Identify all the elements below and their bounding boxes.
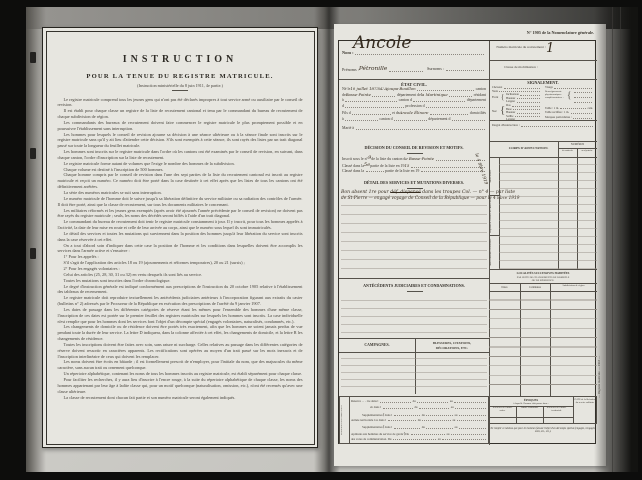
label: Né le [342, 87, 350, 91]
instruction-body: Le registre matricule comprend tous les … [58, 97, 303, 401]
label: résidant [474, 93, 486, 97]
decision-section: DÉCISION DU CONSEIL DE REVISION ET MOTIF… [339, 145, 489, 177]
dotted-rule [571, 112, 592, 114]
ruled-lines [341, 188, 487, 272]
numeros-header: NUMÉROS [558, 143, 597, 146]
instruction-paragraph: Les commandants des bureaux de recruteme… [58, 120, 303, 132]
label: Du [388, 437, 392, 441]
brace-glyph: { [567, 90, 571, 100]
dotted-rule [455, 407, 485, 409]
dotted-rule [421, 170, 485, 172]
decision-title: DÉCISION DU CONSEIL DE REVISION ET MOTIF… [339, 145, 489, 150]
instruction-frame: INSTRUCTION POUR LA TENUE DU REGISTRE MA… [46, 31, 315, 445]
page-edge-line [620, 7, 621, 472]
scan-right-edge [594, 7, 638, 472]
dotted-rule [426, 427, 453, 429]
dotted-rule [383, 407, 413, 409]
canton-value: Basse-Pointe [346, 92, 371, 97]
birth-place-value: L'Ajoupa-Bouillon [381, 86, 416, 91]
instruction-paragraph: Les hommes pour lesquels le conseil de r… [58, 132, 303, 150]
instruction-paragraph: Le degré d'instruction générale est indi… [58, 284, 303, 296]
brace-glyph: { [500, 104, 505, 116]
label: à [342, 98, 344, 102]
signalement-row [572, 96, 593, 99]
ruled-lines [341, 293, 487, 335]
epoques-subtitle: à laquelle l'homme doit passer dans : [489, 402, 573, 405]
dotted-rule [394, 414, 421, 416]
dotted-rule [573, 117, 591, 119]
ruled-lines [489, 291, 597, 391]
etat-civil-section: ÉTAT CIVIL. Né le 10 juillet 1873 à L'Aj… [339, 79, 489, 145]
dotted-rule [442, 438, 485, 440]
dotted-rule [452, 119, 485, 121]
periode-row: Supplémentaires { dans l du au [362, 424, 487, 429]
dotted-rule [457, 419, 486, 421]
instruction-paragraph: Toutes les inscriptions doivent être fai… [58, 342, 303, 360]
dotted-rule [411, 166, 485, 168]
label: 1re dans l [366, 399, 378, 403]
dotted-rule [388, 419, 417, 421]
periodes-vertical-label: PÉRIODES D'EXERCICES [341, 398, 349, 442]
instruction-page: INSTRUCTION POUR LA TENUE DU REGISTRE MA… [42, 27, 318, 448]
dotted-rule [394, 119, 427, 121]
label: des voies de communication. [351, 437, 387, 441]
label: du [418, 418, 421, 422]
dotted-rule [372, 95, 395, 97]
signalement-row: Taille rectifiée : 1 m. [545, 110, 593, 114]
column-header-dates: Dates [489, 286, 520, 289]
instruction-note: (Instruction ministérielle du 8 juin 191… [58, 83, 303, 88]
page-edge-line [612, 7, 613, 472]
label: du [413, 399, 416, 403]
etat-civil-line: d profession d [342, 104, 486, 108]
section-rule [339, 278, 489, 279]
dotted-rule [430, 113, 468, 115]
education-label: Degré d'instruction : [492, 123, 520, 127]
table-top-rule [489, 269, 597, 270]
decision-line: Classé dans la partie de la liste en 19 [342, 169, 486, 173]
signalement-section: SIGNALEMENT. Cheveux Yeux Front { Inclin… [489, 79, 597, 121]
heading-rule [407, 153, 423, 154]
group-label-armee-active: Armée active. [490, 158, 499, 194]
nickname-row: Surnoms : [427, 66, 485, 71]
label: Supplémentaires [362, 413, 383, 417]
instruction-paragraph: On a tout d'abord soin d'indiquer dans c… [58, 243, 303, 255]
antecedents-section: ANTÉCÉDENTS JUDICIAIRES ET CONDAMNATIONS… [339, 278, 489, 336]
instruction-paragraph: Le commandant du bureau de recrutement d… [58, 219, 303, 231]
signalement-row [572, 101, 593, 104]
corrected-height-label: Taille rectifiée : 1 m. [545, 110, 569, 114]
name-label: Nom : [342, 50, 354, 55]
localites-title-line1: LOCALITÉS SUCCESSIVES HABITÉES [489, 271, 597, 275]
periode-row: Réserve . . . 1re dans l du au [351, 399, 487, 403]
dotted-rule [422, 419, 451, 421]
instruction-paragraph: La classe de recrutement dont chacun fai… [58, 395, 303, 401]
dotted-rule [352, 113, 390, 115]
instruction-paragraph: Il est établi pour chaque classe un regi… [58, 108, 303, 120]
dotted-rule [574, 101, 592, 103]
label: Fils d [342, 111, 351, 115]
epoques-title: ÉPOQUES [489, 398, 573, 402]
binding-mark [30, 248, 36, 259]
antecedents-title: ANTÉCÉDENTS JUDICIAIRES ET CONDAMNATIONS… [339, 283, 489, 288]
numeros-subcol1: de matricule [558, 150, 577, 152]
instruction-paragraph: Les dates de passage dans les différente… [58, 307, 303, 325]
decision-line: Classé dans la 5e partie de la liste en … [342, 162, 486, 168]
front-label: Front [492, 95, 498, 99]
instruction-paragraph: Le détail des services et toutes les mut… [58, 231, 303, 243]
binding-mark [30, 148, 36, 159]
localites-title-line3: OU DE RÉSIDENCE. [489, 279, 597, 282]
epoques-col1: la réserve de l'armée active [490, 407, 515, 412]
label: au [454, 413, 457, 417]
dotted-rule [454, 401, 485, 403]
epoques-col2: l'armée territoriale [517, 407, 542, 410]
ruled-lines [341, 352, 487, 392]
name-field-value: Ancole [353, 33, 411, 53]
dotted-rule [413, 100, 465, 102]
label: département de [397, 93, 421, 97]
label: du [414, 405, 417, 409]
localites-table: LOCALITÉS SUCCESSIVES HABITÉES PAR SUITE… [489, 269, 597, 396]
label: du [422, 425, 425, 429]
dotted-rule [560, 107, 586, 109]
firstname-row: Prénoms : Pétronille [342, 66, 424, 72]
dotted-rule [366, 170, 384, 172]
periodes-section: PÉRIODES D'EXERCICES Réserve . . . 1re d… [339, 396, 489, 444]
label: Armée territoriale [351, 418, 373, 422]
label: et de [392, 111, 399, 115]
services-section: DÉTAIL DES SERVICES ET MUTATIONS DIVERSE… [339, 180, 489, 276]
binding-mark [30, 52, 36, 63]
campagnes-section: CAMPAGNES. BLESSURES, CITATIONS, DÉCORAT… [339, 338, 489, 394]
group-label-territoriale: Armée territoriale et sa réserve. [490, 236, 499, 268]
services-handwriting: Bon absent 1re pour [341, 190, 389, 195]
column-header-communes: Communes [520, 286, 550, 289]
instruction-paragraph: Les noms doivent être écrits en bâtarde … [58, 359, 303, 371]
label: Marié à [342, 126, 354, 130]
periode-row: 2e dans l du au [370, 405, 487, 409]
signalement-row: Taille : 1 m. cent. [545, 106, 593, 110]
label: domiciliés [470, 111, 486, 115]
label: canton d [399, 98, 412, 102]
epoques-section: ÉPOQUES à laquelle l'homme doit passer d… [489, 396, 597, 442]
marks-label: Marques particulières : [545, 115, 572, 119]
dotted-rule [426, 106, 484, 108]
dotted-rule [574, 96, 592, 98]
epoques-col3: la réserve de l'armée territoriale [544, 407, 569, 412]
etat-civil-line: Fils d et de Ancole Élinore domiciliés [342, 110, 486, 115]
nez-label: Nez [492, 109, 497, 113]
instruction-paragraph: Le numéro matricule de l'homme doit le s… [58, 196, 303, 208]
matricule-number-label: Numéro matricule du recrutement : [492, 45, 550, 49]
dotted-rule [426, 414, 453, 416]
liberation-date-column: DATE de la libération du service militai… [574, 399, 596, 405]
label: dans l [385, 425, 392, 429]
label: Aptitude aux hommes du service de garde [351, 432, 403, 436]
dotted-rule [417, 89, 474, 91]
etat-civil-line: Marié à [342, 126, 486, 130]
label: au [454, 425, 457, 429]
decision-canton-value: e Basse-Pointe [405, 156, 434, 161]
dotted-rule [393, 438, 436, 440]
instruction-paragraph: Les hommes sont inscrits sur le registre… [58, 149, 303, 161]
instruction-paragraph: Chaque homme compris par le conseil de r… [58, 172, 303, 190]
label: au [447, 432, 450, 436]
matricule-number-value: 1 [546, 41, 554, 56]
dotted-rule [451, 433, 486, 435]
label: cent. [587, 106, 593, 110]
signalement-bottom-rule [489, 120, 597, 121]
instruction-paragraph: Pour faciliter les recherches, il y aura… [58, 377, 303, 395]
dotted-rule [459, 414, 486, 416]
firstname-label: Prénoms : [342, 67, 359, 72]
label: canton [476, 87, 486, 91]
dotted-rule [345, 106, 403, 108]
corps-affectation-table: CORPS D'AFFECTATION. NUMÉROS de matricul… [489, 141, 597, 269]
label: Du [405, 432, 409, 436]
mobilisation-class-label: Classe de mobilisation : [492, 65, 550, 69]
nickname-label: Surnoms : [427, 66, 444, 71]
firstname-field-value: Pétronille [359, 66, 387, 72]
label: à [342, 117, 344, 121]
matricule-form: Nom : Ancole Prénoms : Pétronille Surnom… [338, 40, 596, 444]
blessures-header-line2: DÉCORATIONS, ETC. [415, 346, 489, 350]
etat-civil-line: Né le 10 juillet 1873 à L'Ajoupa-Bouillo… [342, 86, 486, 91]
label: Inscrit sous le n° [342, 157, 368, 161]
etat-civil-line: à canton d département d [342, 117, 486, 121]
dotted-rule [574, 91, 592, 93]
vertical-label-divider [349, 397, 350, 444]
ruled-lines [499, 157, 597, 269]
etat-civil-line: à canton d département [342, 98, 486, 102]
label: Yeux [492, 89, 498, 93]
renseignements-label: Renseignements physionomiques complément… [545, 90, 566, 99]
scanned-register-spread: INSTRUCTION POUR LA TENUE DU REGISTRE MA… [0, 0, 642, 480]
label: profession d [405, 104, 424, 108]
mother-name-value: Ancole Élinore [400, 110, 429, 115]
label: Classé dans la [342, 164, 364, 168]
label: 2e dans l [370, 405, 381, 409]
dotted-rule [389, 70, 423, 72]
dotted-rule [419, 407, 449, 409]
dotted-rule [446, 69, 484, 71]
matricule-page: N° 1905 de la Nomenclature générale. Nom… [334, 24, 606, 466]
label: au [452, 418, 455, 422]
dotted-rule [380, 401, 411, 403]
services-entry-line: de St-Pierre — engagé voyage de Conseil … [341, 196, 491, 201]
signalement-row: Visage [545, 85, 593, 89]
dotted-rule [345, 100, 397, 102]
services-handwriting-struck: déf. dispensé [390, 190, 421, 195]
label: du [422, 413, 425, 417]
dotted-rule [345, 119, 378, 121]
label: partie de la liste en 19 [385, 169, 419, 173]
corps-header: CORPS D'AFFECTATION. [499, 146, 558, 150]
label: Classé dans la [342, 169, 364, 173]
dotted-rule [521, 125, 592, 127]
nomenclature-reference: N° 1905 de la Nomenclature générale. [527, 30, 594, 35]
instruction-paragraph: Le registre matricule comprend tous les … [58, 97, 303, 109]
periode-row: Aptitude aux hommes du service de garde … [351, 431, 487, 436]
dotted-rule [417, 401, 448, 403]
label: canton d [379, 117, 392, 121]
dotted-rule [459, 427, 486, 429]
instruction-paragraph: Le registre matricule doit reproduire te… [58, 295, 303, 307]
column-header-subdivisions: Subdivisions de région [550, 285, 597, 288]
departement-value: la Martinique [421, 92, 448, 97]
heading-rule [172, 90, 188, 91]
instruction-subtitle: POUR LA TENUE DU REGISTRE MATRICULE. [58, 73, 303, 80]
instruction-paragraph: Les changements de domicile ou de réside… [58, 324, 303, 342]
instruction-title: INSTRUCTION [58, 54, 303, 65]
dotted-rule [356, 128, 485, 130]
blessures-header-line1: BLESSURES, CITATIONS, [415, 341, 489, 345]
decision-line: Inscrit sous le n° 9 de la liste du cant… [342, 155, 486, 161]
heading-rule [407, 291, 423, 292]
label: au [451, 405, 454, 409]
label: Réserve . . . [351, 399, 366, 403]
annee-value: 15 [404, 163, 409, 168]
dotted-rule [411, 433, 446, 435]
label: département [467, 98, 486, 102]
services-title: DÉTAIL DES SERVICES ET MUTATIONS DIVERSE… [339, 180, 489, 185]
epoques-note: Ne remplir ce tableau que pour les homme… [489, 427, 597, 433]
label: dans l [385, 413, 392, 417]
matricule-box-divider [489, 60, 597, 61]
label: au [450, 399, 453, 403]
signalement-row: Marques particulières : [545, 115, 593, 119]
group-label-disponibilite: Disponibilité et réserve de l'armée acti… [490, 196, 499, 234]
label: d [342, 104, 344, 108]
table-top-rule [339, 338, 489, 339]
instruction-paragraph: Les militaires réformés et les jeunes ge… [58, 208, 303, 220]
label: Supplémentaires [362, 425, 383, 429]
height-label: Taille : 1 m. [545, 106, 559, 110]
label: Visage [545, 85, 553, 89]
etat-civil-line: de Basse-Pointe département de la Martin… [342, 92, 486, 97]
epoques-row-rule [489, 417, 573, 418]
dotted-rule [394, 427, 421, 429]
signalement-row [572, 91, 593, 94]
periode-row: des voies de communication. Du au [351, 437, 487, 441]
label: 1re dans l [374, 418, 386, 422]
label: de la liste du canton d [371, 157, 405, 161]
label: au [438, 437, 441, 441]
label: partie de la liste en 19 [370, 164, 404, 168]
campagnes-header: CAMPAGNES. [339, 343, 415, 347]
dotted-rule [554, 87, 591, 89]
label: département d [428, 117, 450, 121]
periode-row: Armée territoriale 1re dans l du au [351, 418, 487, 422]
dotted-rule [449, 95, 472, 97]
brace-glyph: { [501, 93, 504, 101]
periode-row: Supplémentaires { dans l du au [362, 412, 487, 417]
education-row: Degré d'instruction : [492, 123, 594, 127]
services-entry-line: Bon absent 1re pour déf. dispensé dans l… [341, 190, 491, 195]
birth-date-value: 10 juillet 1873 [350, 86, 379, 91]
